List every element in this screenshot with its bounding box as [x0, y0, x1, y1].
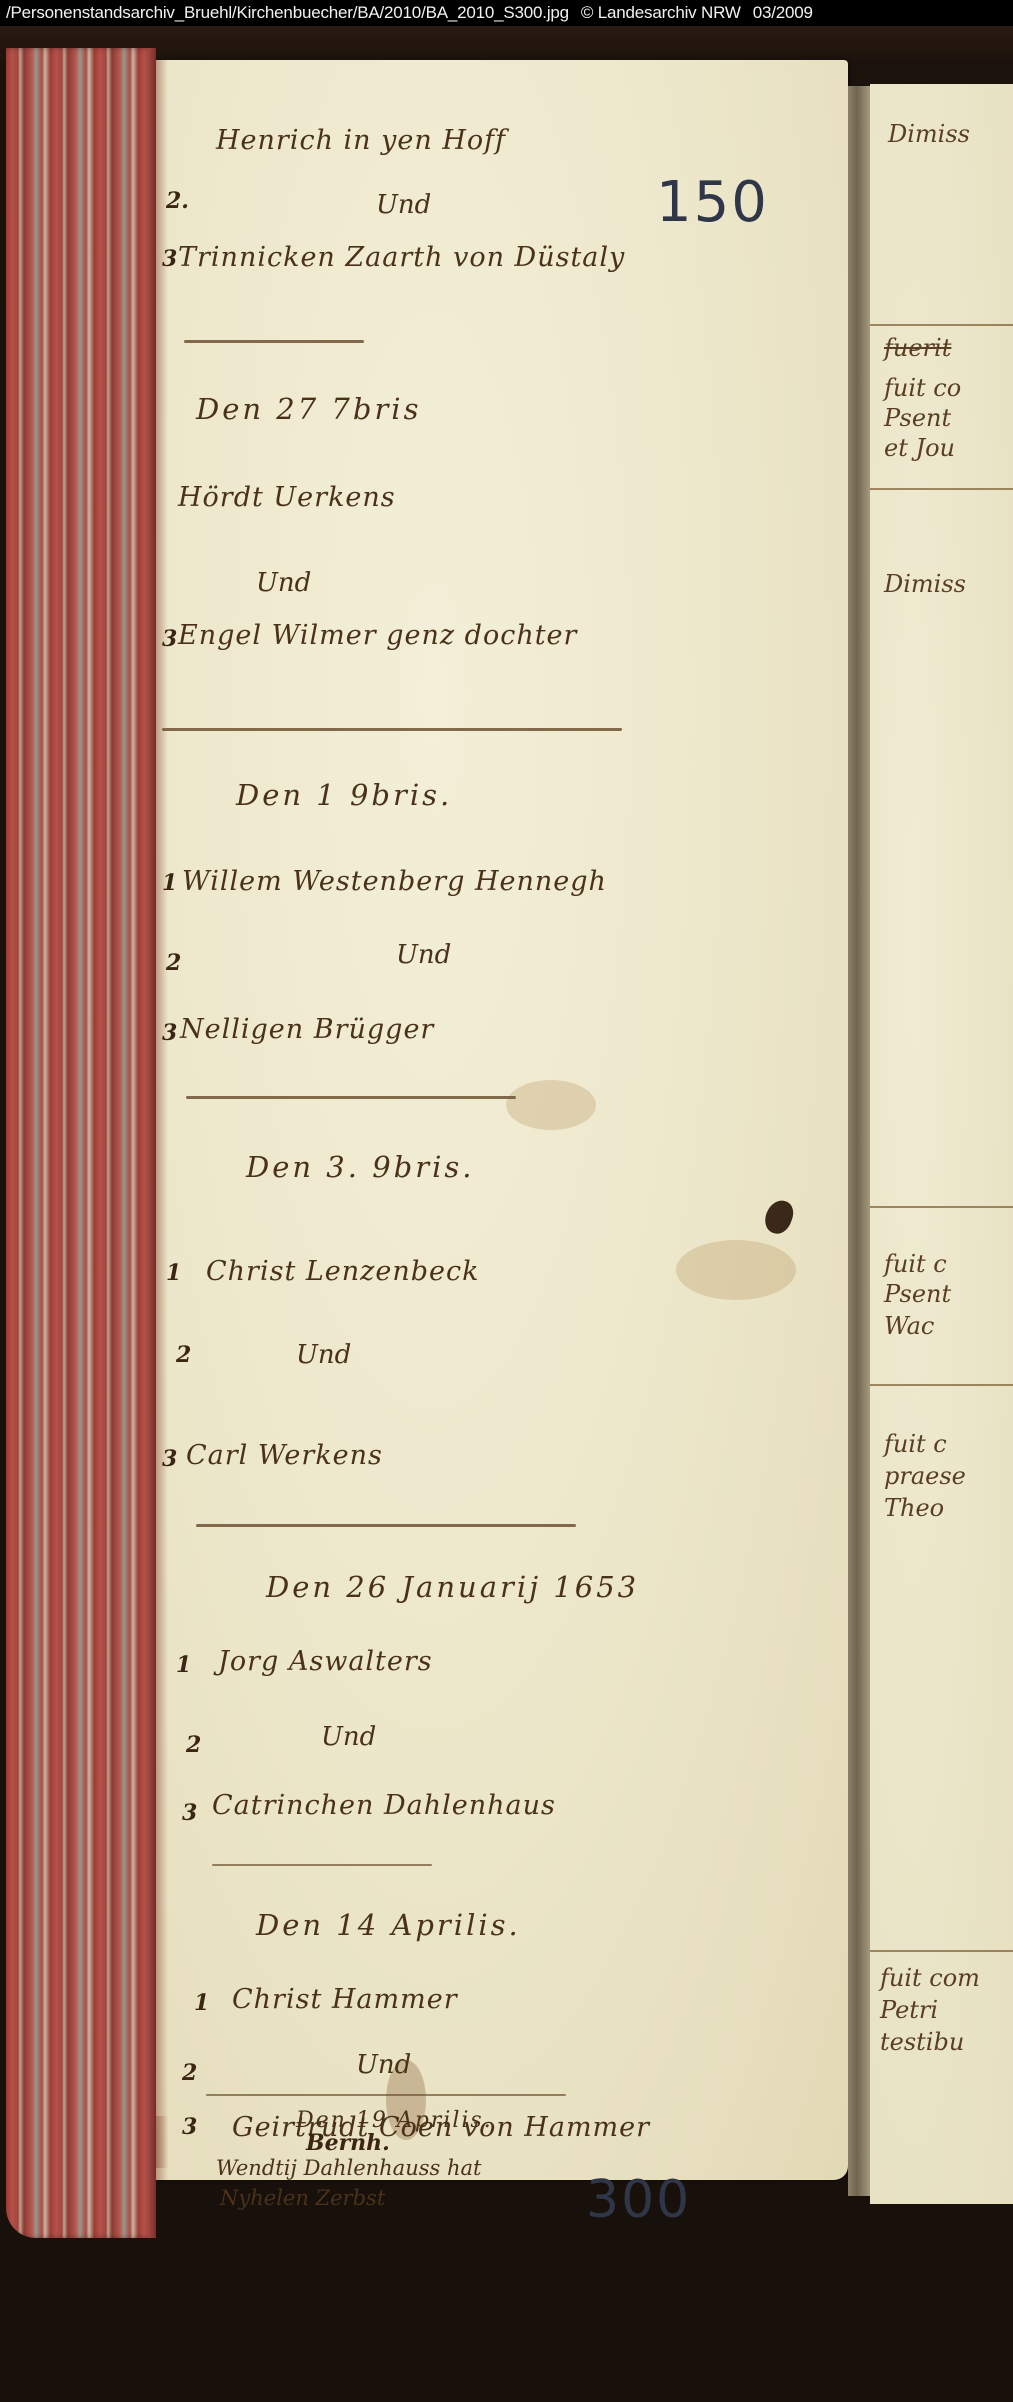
- image-caption: /Personenstandsarchiv_Bruehl/Kirchenbuec…: [0, 0, 1013, 26]
- entry-divider: [206, 2094, 566, 2096]
- entry-name-line: Catrinchen Dahlenhaus: [212, 1790, 556, 1821]
- entry-name-line: Henrich in yen Hoff: [216, 125, 506, 156]
- scan-date: 03/2009: [753, 3, 813, 22]
- book-gutter: [848, 86, 870, 2196]
- book-scan: 150 Henrich in yen Hoff 2. Und 3 Trinnic…: [0, 26, 1013, 2402]
- facing-divider: [870, 488, 1013, 490]
- facing-page-line: Petri: [880, 1996, 938, 2024]
- entry-name-line: Wendtij Dahlenhauss hat: [216, 2156, 481, 2180]
- entry-line-number: 1: [176, 1652, 191, 1678]
- facing-page-line: fuit com: [880, 1964, 980, 1992]
- entry-name-line: Hördt Uerkens: [178, 482, 396, 513]
- entry-date: Den 26 Januarij 1653: [266, 1570, 639, 1604]
- facing-page-line: Wac: [884, 1312, 934, 1340]
- entry-date: Den 3. 9bris.: [246, 1150, 474, 1184]
- entry-line-number: 3: [162, 1446, 177, 1472]
- entry-divider: [162, 728, 622, 731]
- stacked-page-edges: [6, 48, 156, 2238]
- facing-page-line: praese: [884, 1462, 966, 1490]
- entry-name-line: Carl Werkens: [186, 1440, 383, 1471]
- entry-line-number: 3: [162, 1020, 177, 1046]
- entry-line-number: 2: [186, 1732, 201, 1758]
- final-entry-names: Bernh. Wendtij Dahlenhauss hat Nyhelen Z…: [156, 2130, 848, 2220]
- facing-divider: [870, 324, 1013, 326]
- facing-page-line: Dimiss: [888, 120, 970, 148]
- entry-name-line: Bernh.: [306, 2130, 390, 2156]
- entry-name-line: Christ Lenzenbeck: [206, 1256, 480, 1287]
- register-page: 150 Henrich in yen Hoff 2. Und 3 Trinnic…: [156, 60, 848, 2180]
- entry-line-number: 1: [194, 1990, 209, 2016]
- entry-name-line: Nelligen Brügger: [180, 1014, 434, 1045]
- facing-divider: [870, 1384, 1013, 1386]
- entry-divider: [186, 1096, 516, 1099]
- entry-divider: [212, 1864, 432, 1866]
- entry-name-line: Jorg Aswalters: [218, 1646, 433, 1677]
- facing-page-line: Dimiss: [884, 570, 966, 598]
- entry-date: Den 1 9bris.: [236, 778, 452, 812]
- entry-date: Den 14 Aprilis.: [256, 1908, 521, 1942]
- facing-page-line: testibu: [880, 2028, 964, 2056]
- entry-conjunction: Und: [256, 568, 311, 598]
- facing-page-line: et Jou: [884, 434, 955, 462]
- water-stain: [676, 1240, 796, 1300]
- entry-line-number: 3: [162, 626, 177, 652]
- entry-conjunction: Und: [376, 190, 431, 220]
- facing-page-line: Theo: [884, 1494, 944, 1522]
- folio-number: 150: [656, 170, 769, 235]
- entry-line-number: 2.: [166, 188, 189, 214]
- facing-page-line: fuerit: [884, 334, 951, 362]
- page-number: 300: [586, 2170, 691, 2230]
- facing-divider: [870, 1950, 1013, 1952]
- entry-name-line: Christ Hammer: [232, 1984, 458, 2015]
- facing-page-line: Psent: [884, 404, 951, 432]
- entry-line-number: 3: [182, 1800, 197, 1826]
- facing-page-line: fuit c: [884, 1250, 947, 1278]
- facing-page-line: Psent: [884, 1280, 951, 1308]
- ink-blot: [761, 1197, 797, 1238]
- entry-divider: [184, 340, 364, 343]
- facing-page-line: fuit c: [884, 1430, 947, 1458]
- entry-divider: [196, 1524, 576, 1527]
- entry-line-number: 1: [166, 1260, 181, 1286]
- copyright-notice: © Landesarchiv NRW: [581, 3, 741, 22]
- entry-conjunction: Und: [321, 1722, 376, 1752]
- facing-page: Dimiss fuerit fuit co Psent et Jou Dimis…: [870, 84, 1013, 2204]
- entry-conjunction: Und: [396, 940, 451, 970]
- entry-date: Den 27 7bris: [196, 392, 421, 426]
- facing-divider: [870, 1206, 1013, 1208]
- entry-name-line: Trinnicken Zaarth von Düstaly: [178, 242, 625, 273]
- entry-conjunction: Und: [296, 1340, 351, 1370]
- entry-name-line: Nyhelen Zerbst: [220, 2186, 385, 2210]
- entry-line-number: 3: [162, 246, 177, 272]
- entry-line-number: 2: [166, 950, 181, 976]
- facing-page-line: fuit co: [884, 374, 961, 402]
- archive-file-path: /Personenstandsarchiv_Bruehl/Kirchenbuec…: [6, 3, 569, 22]
- entry-line-number: 1: [162, 870, 177, 896]
- entry-line-number: 2: [176, 1342, 191, 1368]
- entry-name-line: Engel Wilmer genz dochter: [178, 620, 577, 651]
- entry-name-line: Willem Westenberg Hennegh: [182, 866, 607, 897]
- water-stain: [506, 1080, 596, 1130]
